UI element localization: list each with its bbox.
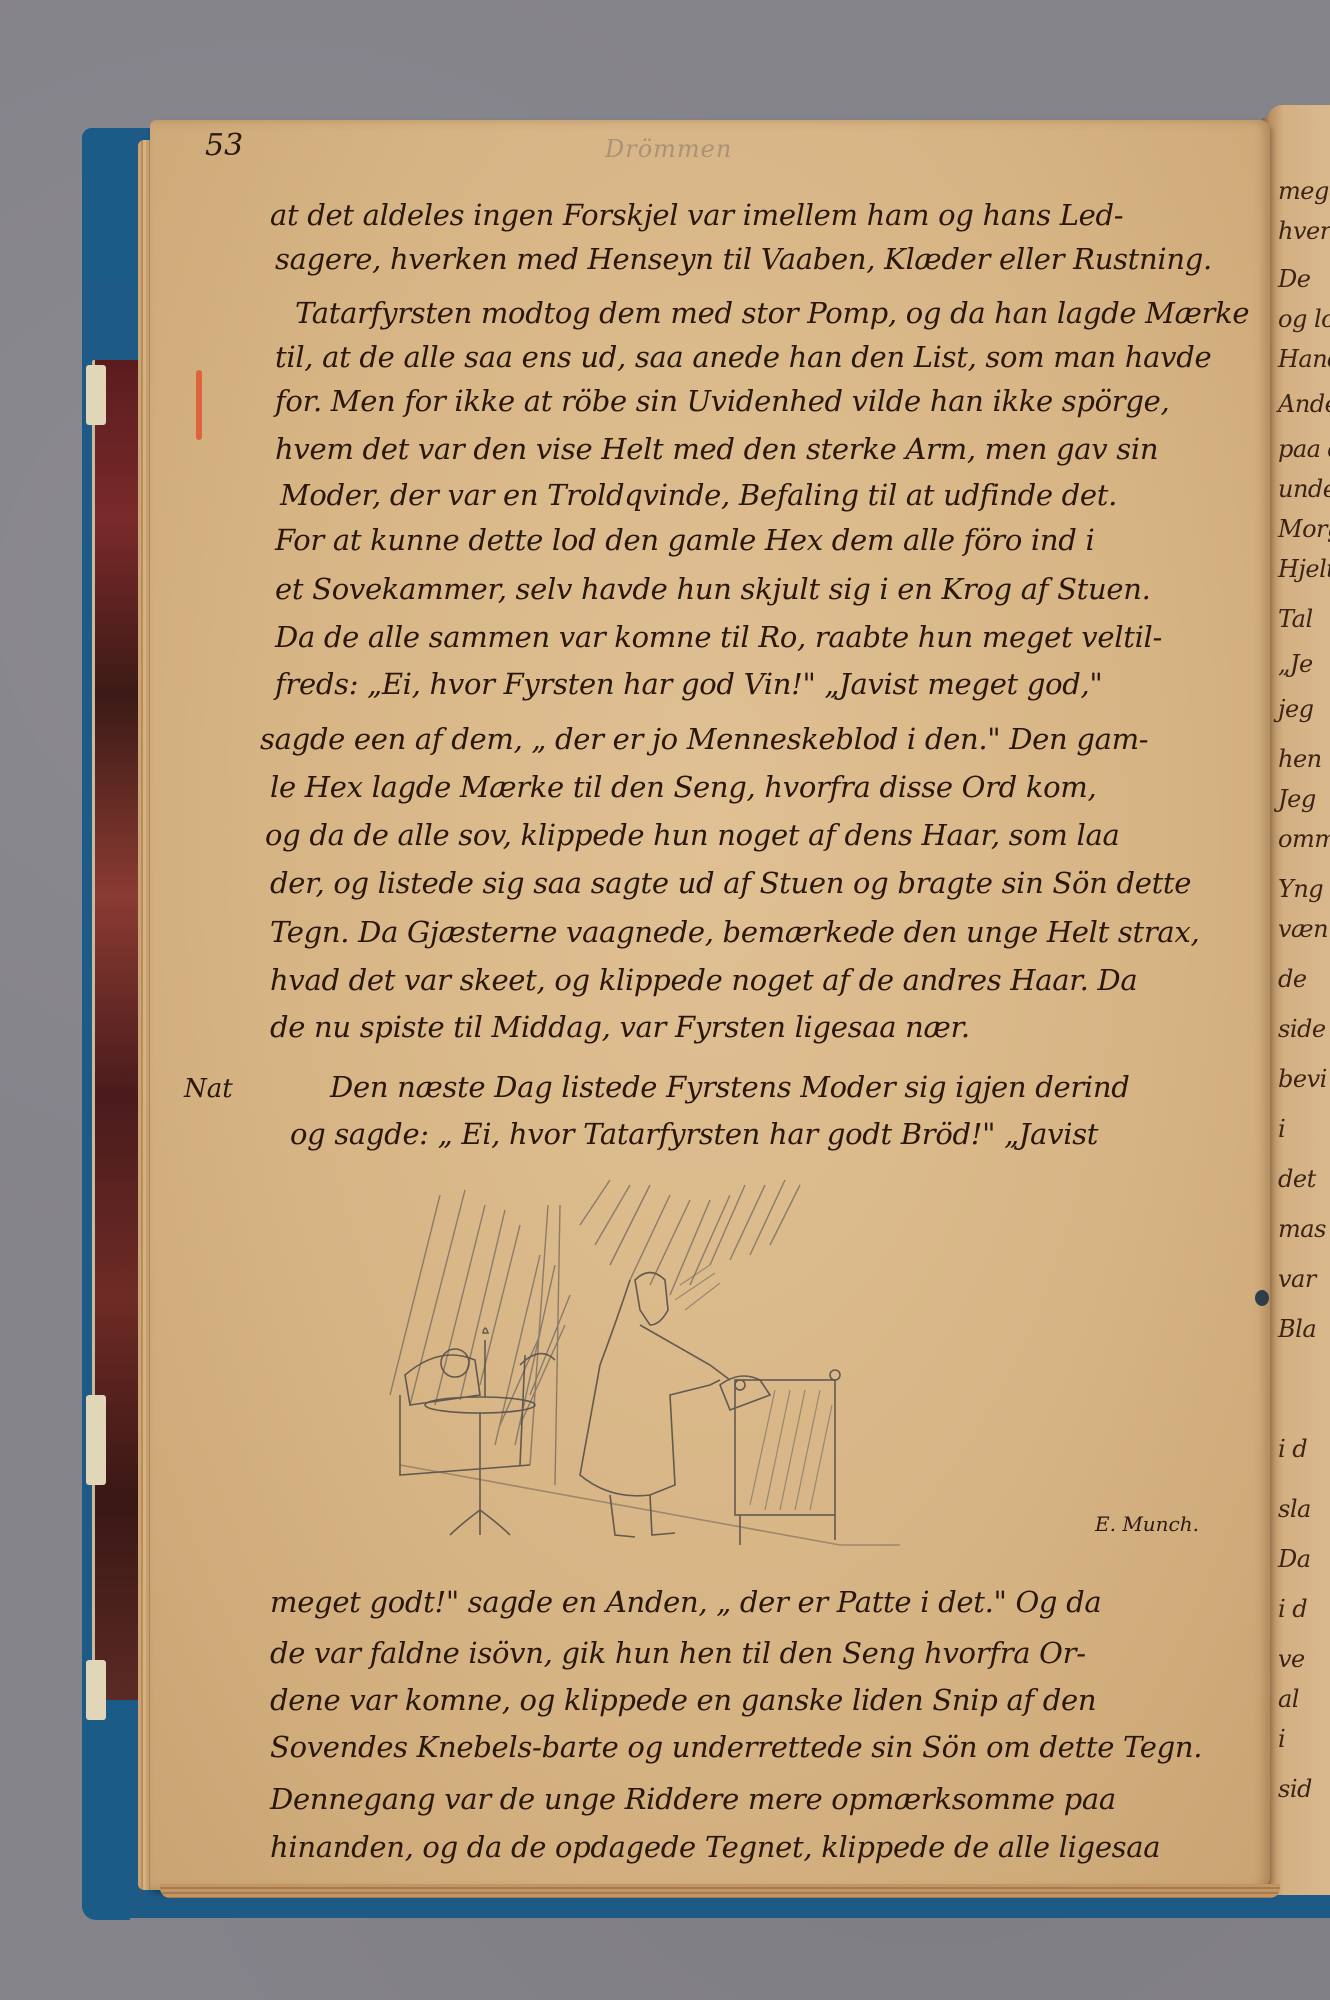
facing-page-fragment: de [1278,965,1307,993]
facing-page-fragment: Hjelt [1278,555,1330,583]
table-top [425,1397,535,1413]
manuscript-line: le Hex lagde Mærke til den Seng, hvorfra… [270,770,1240,804]
facing-page-fragment: side [1278,1015,1326,1043]
manuscript-line: de nu spiste til Middag, var Fyrsten lig… [270,1010,1240,1044]
facing-page-fragment: al [1278,1685,1299,1713]
manuscript-line: hvad det var skeet, og klippede noget af… [270,963,1240,997]
manuscript-line: dene var komne, og klippede en ganske li… [270,1683,1240,1717]
manuscript-line: og sagde: „ Ei, hvor Tatarfyrsten har go… [290,1117,1260,1151]
torn-paper-fragment [86,1395,106,1485]
manuscript-line: Moder, der var en Troldqvinde, Befaling … [280,478,1250,512]
facing-page-fragment: De [1278,265,1310,293]
woman-arm [640,1325,730,1380]
artist-signature: E. Munch. [1095,1512,1199,1536]
facing-page-fragment: sla [1278,1495,1311,1523]
facing-page-fragment: i d [1278,1435,1307,1463]
manuscript-line: Tatarfyrsten modtog dem med stor Pomp, o… [295,296,1265,330]
manuscript-line: Dennegang var de unge Riddere mere opmær… [270,1782,1240,1816]
facing-page-fragment: var [1278,1265,1316,1293]
facing-page-fragment: ve [1278,1645,1305,1673]
facing-page-fragment: Hand [1278,345,1330,373]
facing-page-fragment: jeg [1278,695,1314,723]
facing-page-fragment: i d [1278,1595,1307,1623]
blue-cloth-spine-top [82,128,130,278]
facing-page-fragment: Yng [1278,875,1323,903]
facing-page: megethverkenDeog lodHandAnden,paa deunde… [1268,105,1330,1895]
facing-page-fragment: hen [1278,745,1322,773]
facing-page-fragment: Jeg [1278,785,1316,813]
blue-cloth-spine-bottom [82,1690,130,1920]
manuscript-line: de var faldne isövn, gik hun hen til den… [270,1636,1240,1670]
facing-page-fragment: Anden, [1278,390,1330,418]
facing-page-fragment: og lod [1278,305,1330,333]
facing-page-fragment: i [1278,1725,1285,1753]
manuscript-line: Den næste Dag listede Fyrstens Moder sig… [330,1070,1300,1104]
manuscript-line: hvem det var den vise Helt med den sterk… [275,432,1245,466]
manuscript-line: sagde een af dem, „ der er jo Menneskebl… [260,722,1230,756]
facing-page-fragment: omm [1278,825,1330,853]
manuscript-line: hinanden, og da de opdagede Tegnet, klip… [270,1830,1240,1864]
bedclothes [720,1376,770,1410]
torn-paper-fragment [86,1660,106,1720]
facing-page-fragment: Da [1278,1545,1311,1573]
manuscript-line: Tegn. Da Gjæsterne vaagnede, bemærkede d… [270,915,1240,949]
facing-page-fragment: meget [1278,177,1330,205]
woman-figure [580,1280,720,1496]
ink-blot [1255,1290,1269,1306]
red-crayon-mark [196,370,202,440]
torn-paper-fragment [86,365,106,425]
marbled-spine [92,360,140,1700]
woman-feet [610,1495,675,1537]
manuscript-line: for. Men for ikke at röbe sin Uvidenhed … [275,384,1245,418]
facing-page-fragment: hverken [1278,217,1330,245]
bed-footboard [735,1380,835,1515]
facing-page-fragment: væn [1278,915,1328,943]
facing-page-fragment: det [1278,1165,1316,1193]
manuscript-line: der, og listede sig saa sagte ud af Stue… [270,866,1240,900]
manuscript-line: Sovendes Knebels-barte og underrettede s… [270,1730,1240,1764]
manuscript-line: til, at de alle saa ens ud, saa anede ha… [275,340,1245,374]
manuscript-line: sagere, hverken med Henseyn til Vaaben, … [275,242,1245,276]
facing-page-fragment: paa de [1278,435,1330,463]
margin-note: Nat [184,1074,233,1104]
facing-page-fragment: Tal [1278,605,1313,633]
bed-frame [400,1395,530,1475]
manuscript-line: et Sovekammer, selv havde hun skjult sig… [275,572,1245,606]
manuscript-line: For at kunne dette lod den gamle Hex dem… [275,523,1245,557]
facing-page-fragment: Bla [1278,1315,1316,1343]
facing-page-fragment: Morg [1278,515,1330,543]
manuscript-line: meget godt!" sagde en Anden, „ der er Pa… [270,1585,1240,1619]
page-number: 53 [205,128,243,163]
facing-page-fragment: i [1278,1115,1285,1143]
facing-page-fragment: sid [1278,1775,1312,1803]
page-bottom-edge [160,1884,1280,1898]
pencil-illustration [380,1165,1260,1565]
facing-page-fragment: under [1278,475,1330,503]
running-title: Drömmen [605,135,732,163]
manuscript-line: Da de alle sammen var komne til Ro, raab… [275,620,1245,654]
facing-page-fragment: „Je [1278,650,1313,678]
manuscript-line: og da de alle sov, klippede hun noget af… [265,818,1235,852]
manuscript-line: freds: „Ei, hvor Fyrsten har god Vin!" „… [275,667,1245,701]
candle-flame [483,1328,488,1333]
wall-hatching [390,1180,800,1485]
facing-page-fragment: mas [1278,1215,1326,1243]
manuscript-line: at det aldeles ingen Forskjel var imelle… [270,198,1240,232]
